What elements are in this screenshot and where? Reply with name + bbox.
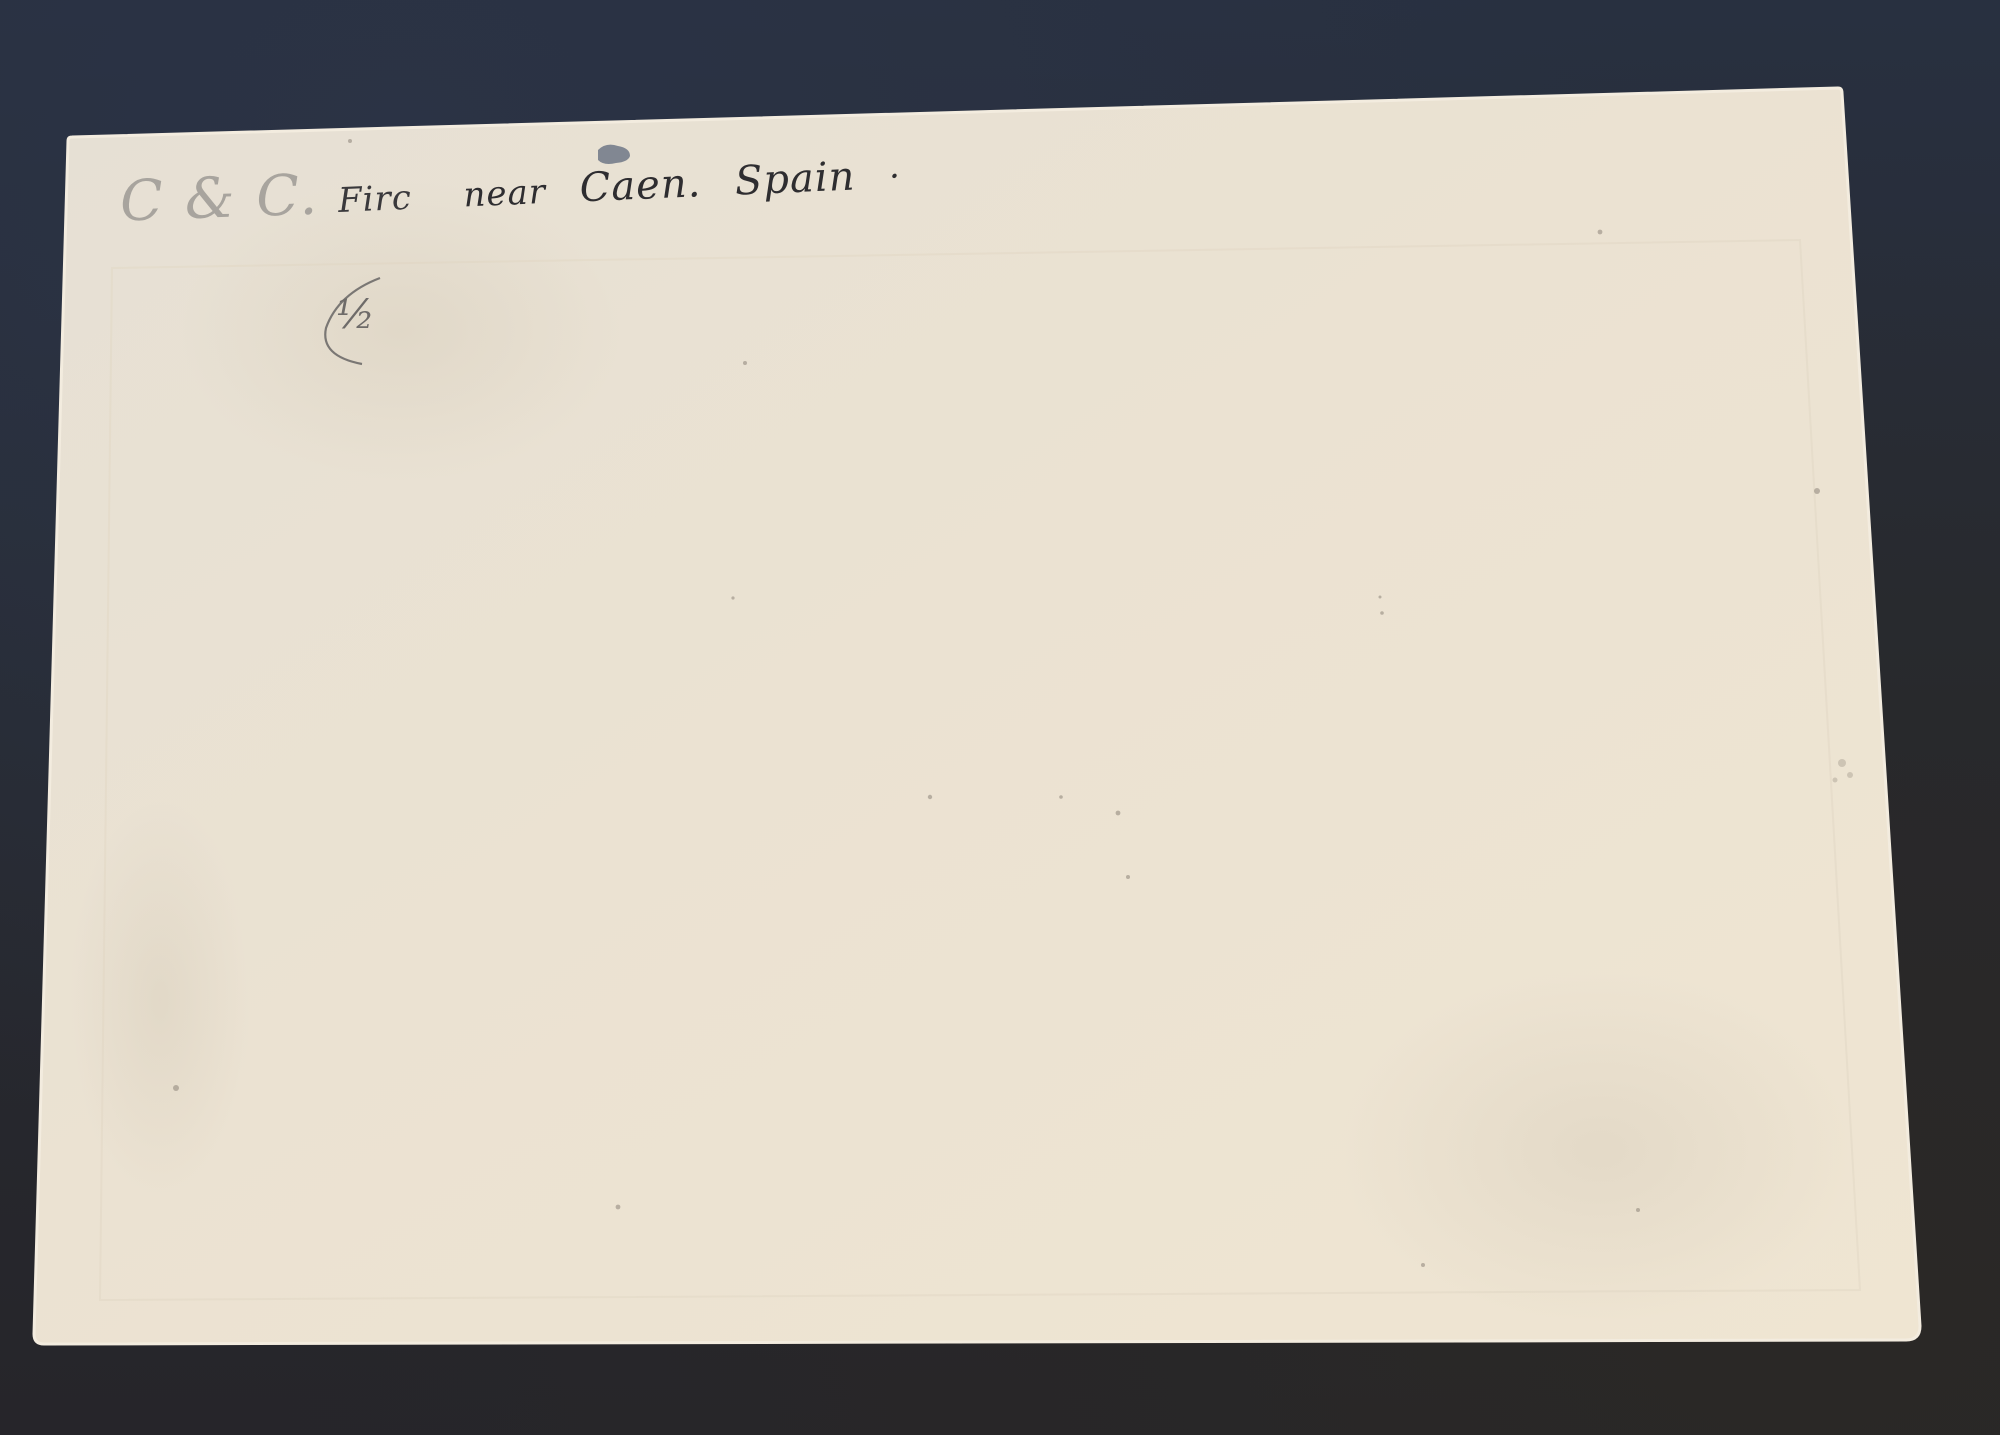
caption-word: Firc [337, 178, 412, 221]
circled-mark-text: ½ [336, 292, 375, 338]
caption-word: near [463, 172, 547, 216]
pencil-label: C & C. [119, 163, 320, 235]
caption-word: Spain [734, 153, 856, 204]
caption-word: Caen. [579, 160, 703, 211]
circled-pencil-mark: ½ [318, 272, 384, 372]
card-back: C & C. Firc near Caen. Spain · ½ [0, 0, 2000, 1435]
caption-word: · [888, 156, 902, 196]
